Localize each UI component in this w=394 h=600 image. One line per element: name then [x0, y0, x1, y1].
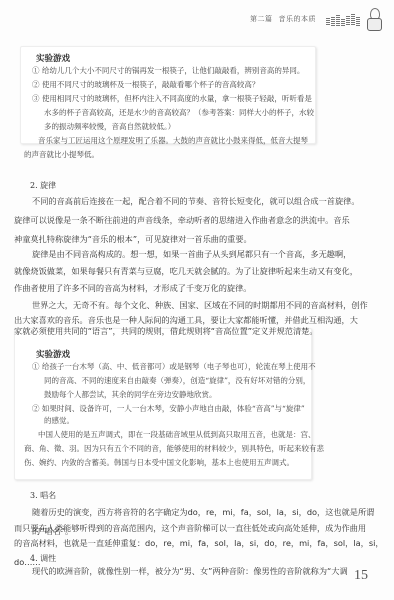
box1-item-3: ③ 使用相同尺寸的玻璃杯，但杯内注入不同高度的水量，拿一根筷子轻敲，听听看是	[32, 92, 312, 106]
box2-item-1: ① 给孩子一台木琴（高、中、低音都可）或是钢琴（电子琴也可），轮流在琴上使用不	[32, 360, 316, 374]
section-2-line-5: 就像烧饭做菜，如果每餐只有青菜与豆腐，吃几天就会腻的。为了让旋律听起来生动又有变…	[14, 262, 358, 281]
running-header: 第二篇 音乐的本质	[250, 8, 382, 30]
box1-para-line-1: 音乐家与工匠运用这个原理发明了乐器。大鼓的声音就比小鼓来得低，低音大提琴	[38, 134, 308, 148]
box2-item-1-cont-2: 鼓励每个人都尝试，其余的同学在旁边安静地欣赏。	[44, 388, 217, 402]
box1-item-3-cont-1: 水多的杯子音高较高，还是水少的音高较高？（参考答案：同样大小的杯子，水较	[44, 106, 314, 120]
header-chapter: 第二篇	[250, 14, 273, 24]
box1-para-line-2: 的声音就比小提琴低。	[24, 148, 99, 162]
box1-item-2: ② 使用不同尺寸的玻璃杯及一根筷子，敲敲看哪个杯子的音高较高？	[32, 78, 259, 92]
box2-title: 实验游戏	[36, 348, 70, 360]
section-2-line-6: 作曲者使用了许多不同的音高为材料，才形成了千变万化的旋律。	[14, 279, 251, 298]
section-2-line-2: 旋律可以说像是一条不断往前进的声音线条，牵动听者的思绪进入作曲者意念的洪流中。音…	[14, 211, 350, 230]
box2-para-line-1: 中国人使用的是五声调式，即在一段基础音域里从低到高只取用五音，也就是：宫、	[38, 428, 316, 442]
box2-item-1-cont-1: 同的音高、不同的速度来自由敲奏（弹奏），创造“旋律”，没有好坏对错的分别，	[44, 374, 310, 388]
box1-title: 实验游戏	[36, 52, 70, 64]
header-title: 音乐的本质	[279, 14, 317, 24]
section-2-line-4: 旋律是由不同音高构成的。想一想，如果一首曲子从头到尾都只有一个音高，多无趣啊，	[32, 245, 351, 264]
musician-figure-icon	[366, 8, 382, 30]
section-2-line-9: 家就必须使用共同的“语言”，共同的规则，借此规则将“音高位置”定义并规范清楚。	[14, 322, 318, 341]
box2-item-2-cont: 的感觉。	[44, 414, 74, 428]
section-4-line-1: 现代的欧洲音阶，就像性别一样，被分为“男、女”两种音阶：像男性的音阶就称为“大调	[32, 562, 348, 581]
section-3-heading: 3. 唱名	[30, 490, 56, 501]
box2-para-line-2: 商、角、徵、羽。因为只有五个不同的音，能够使用的材料较少，别具特色，听起来较有悲	[24, 442, 324, 456]
box1-item-1: ① 给幼儿几个大小不同尺寸的锅再发一根筷子，让他们敲敲看，辨别音高的异同。	[32, 64, 304, 78]
book-page: 第二篇 音乐的本质 实验游戏 ① 给幼儿几个大小不同尺寸的锅再发一根筷子，让他们…	[0, 0, 394, 600]
section-2-line-1: 不同的音高前后连接在一起，配合着不同的节奏、音符长短变化，就可以组合成一首旋律。	[32, 192, 360, 211]
section-2-heading: 2. 旋律	[30, 180, 56, 191]
box1-item-3-cont-2: 多的振动频率较慢，音高自然就较低。）	[44, 120, 175, 134]
box2-para-line-3: 伤、婉约、内敛的含蓄美。韩国与日本受中国文化影响，基本上也使用五声调式。	[24, 456, 294, 470]
page-number: 15	[354, 568, 368, 584]
equalizer-bars-icon	[326, 12, 360, 26]
